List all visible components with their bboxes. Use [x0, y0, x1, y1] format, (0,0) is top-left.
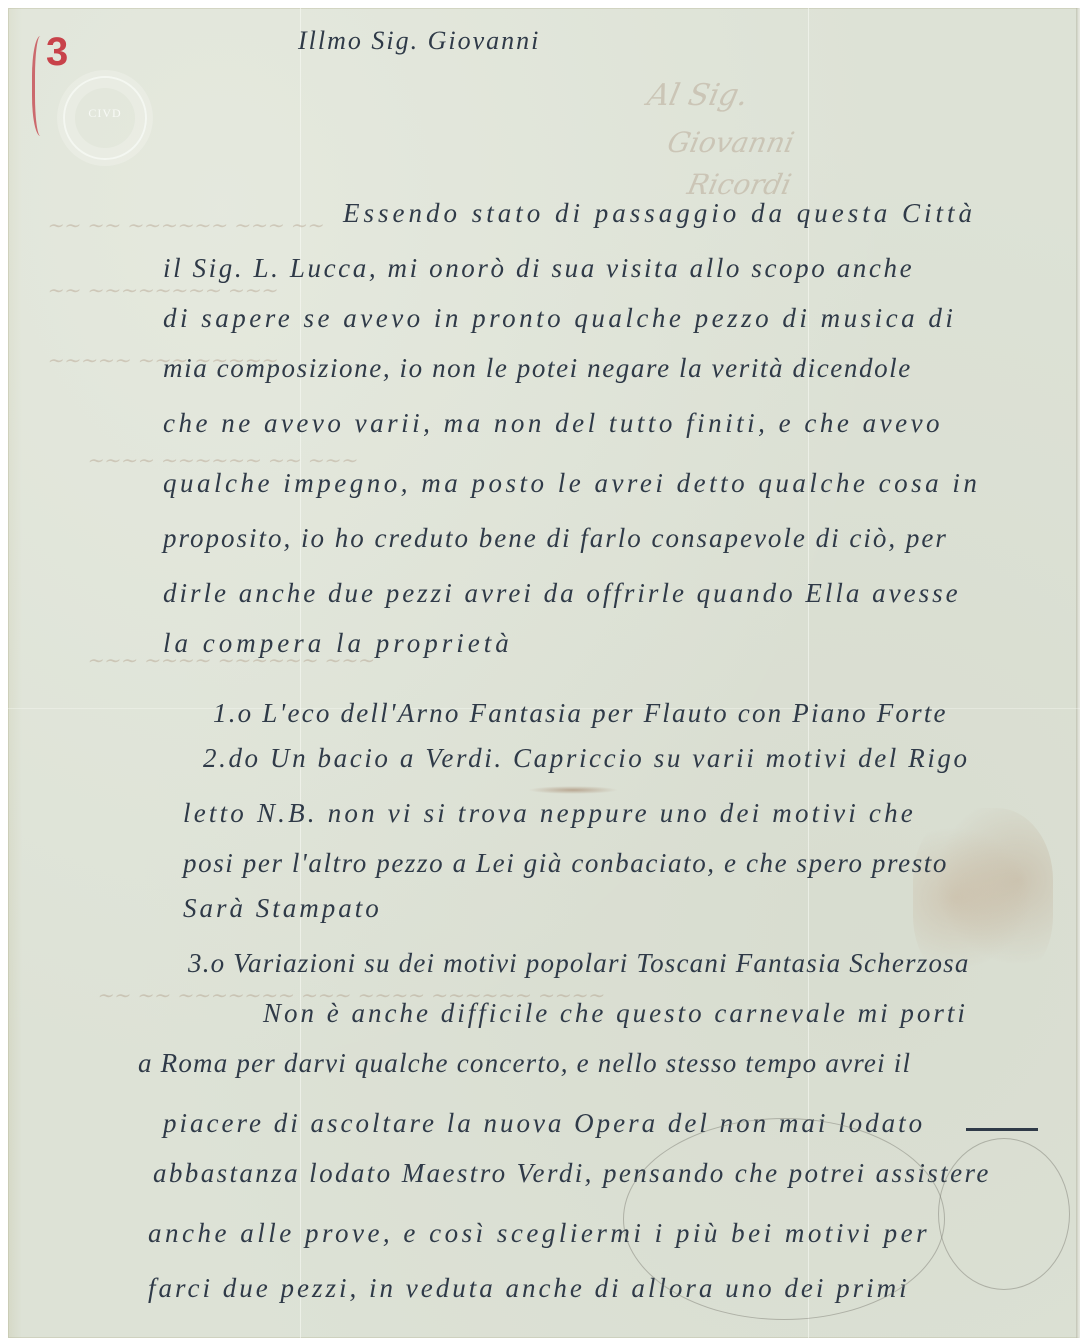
letter-line: a Roma per darvi qualche concerto, e nel…: [138, 1048, 911, 1079]
letter-line: Essendo stato di passaggio da questa Cit…: [343, 198, 976, 229]
letter-line: il Sig. L. Lucca, mi onorò di sua visita…: [163, 253, 914, 284]
list-item: 2.do Un bacio a Verdi. Capriccio su vari…: [203, 743, 970, 774]
letter-line: qualche impegno, ma posto le avrei detto…: [163, 468, 980, 499]
archive-number: 3: [46, 32, 68, 72]
list-item: 1.o L'eco dell'Arno Fantasia per Flauto …: [213, 698, 948, 729]
page-edge: [1076, 8, 1080, 1338]
letter-line: di sapere se avevo in pronto qualche pez…: [163, 303, 956, 334]
strikethrough: [966, 1128, 1038, 1131]
bleed-through-text: Al Sig.: [644, 78, 751, 113]
letter-line: letto N.B. non vi si trova neppure uno d…: [183, 798, 916, 829]
pencil-annotation: [938, 1138, 1070, 1290]
letter-line: mia composizione, io non le potei negare…: [163, 353, 912, 384]
letter-line: proposito, io ho creduto bene di farlo c…: [163, 523, 948, 554]
letter-line: la compera la proprietà: [163, 628, 513, 659]
letter-line: posi per l'altro pezzo a Lei già conbaci…: [183, 848, 948, 879]
letter-line: Sarà Stampato: [183, 893, 382, 924]
list-item: 3.o Variazioni su dei motivi popolari To…: [188, 948, 970, 979]
letter-line: che ne avevo varii, ma non del tutto fin…: [163, 408, 943, 439]
bleed-through-text: Ricordi: [684, 168, 794, 201]
letter-page: Al Sig. Giovanni Ricordi ~~ ~~ ~~~~~~ ~~…: [8, 8, 1080, 1338]
ink-smudge: [528, 786, 618, 794]
letter-line: dirle anche due pezzi avrei da offrirle …: [163, 578, 961, 609]
embossed-seal-icon: CIVD: [63, 76, 147, 160]
letter-line: Non è anche difficile che questo carneva…: [263, 998, 968, 1029]
salutation: Illmo Sig. Giovanni: [298, 26, 540, 56]
bleed-through-text: ~~ ~~ ~~~~~~ ~~~ ~~: [45, 213, 327, 237]
bleed-through-text: Giovanni: [664, 126, 797, 159]
pencil-annotation: [623, 1118, 945, 1320]
